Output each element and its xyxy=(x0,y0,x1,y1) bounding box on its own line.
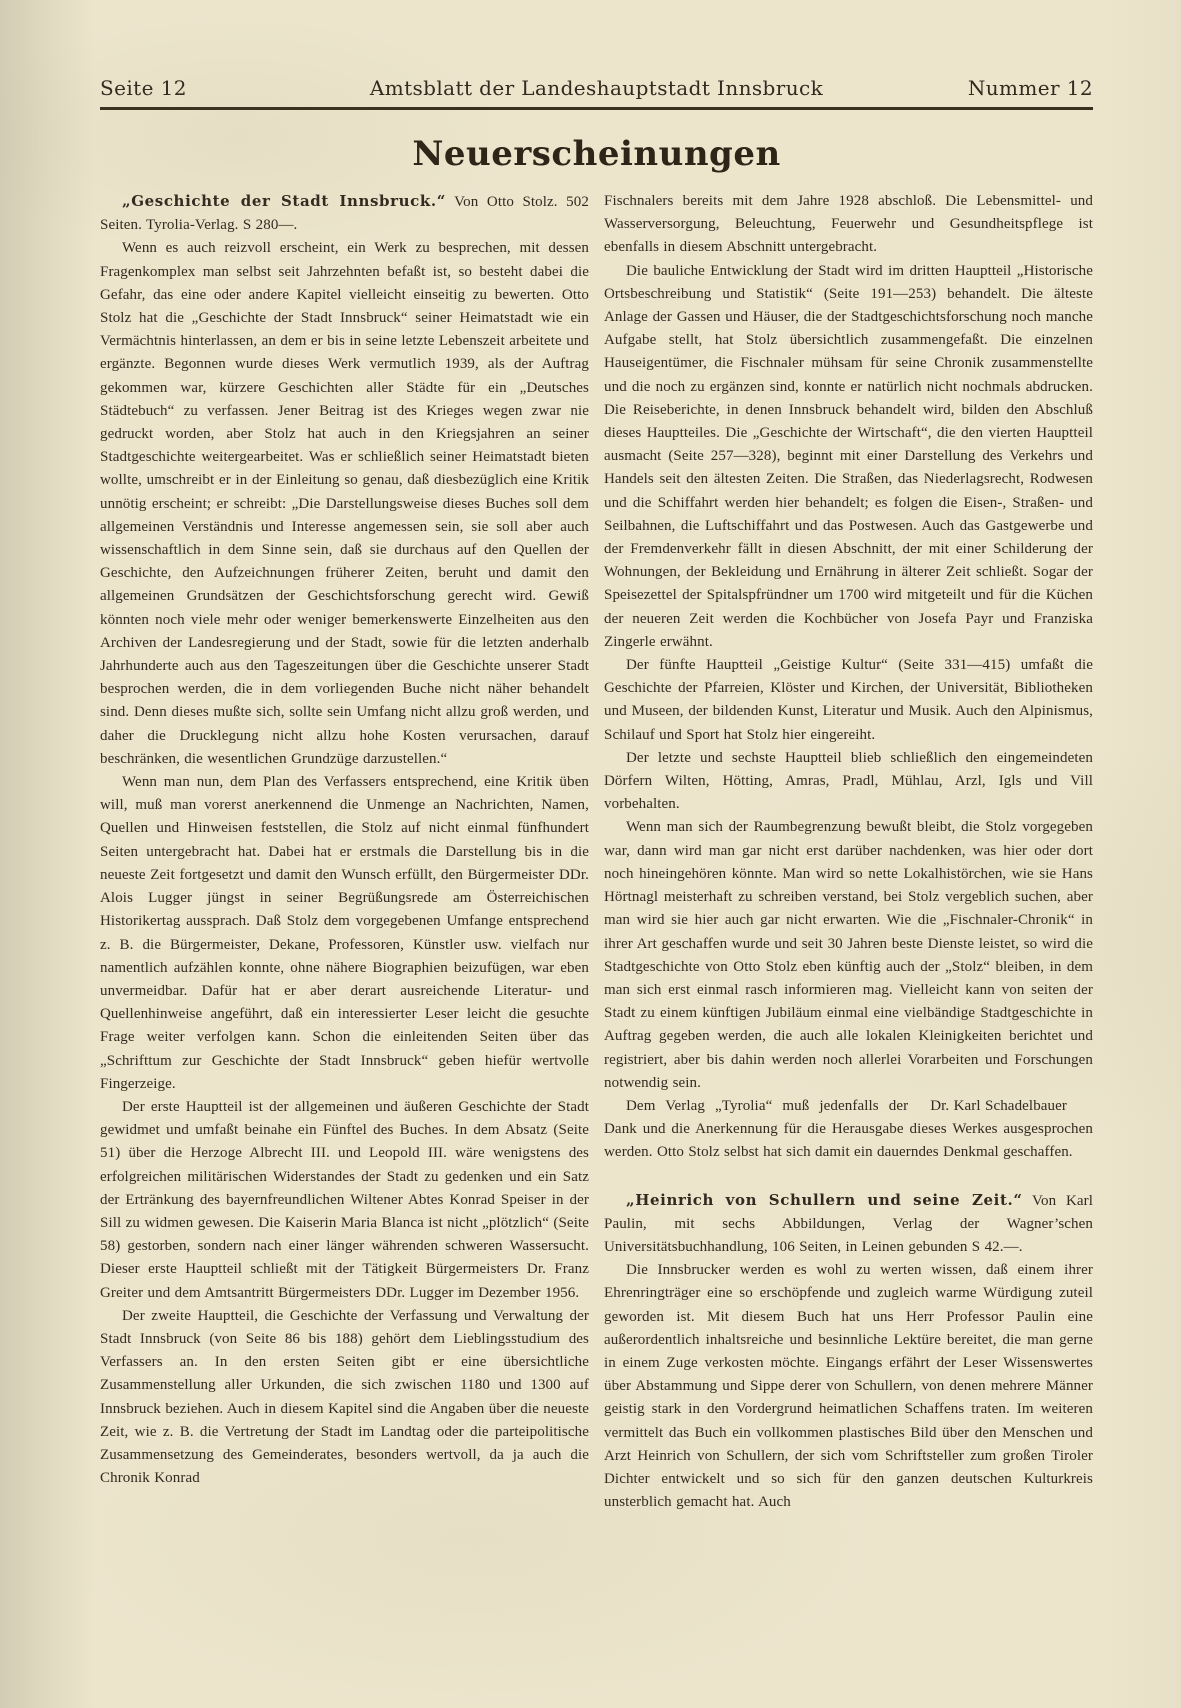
paragraph: Wenn es auch reizvoll erscheint, ein Wer… xyxy=(100,237,589,771)
paragraph: Der fünfte Hauptteil „Geistige Kultur“ (… xyxy=(604,654,1093,747)
section-title: Neuerscheinungen xyxy=(100,134,1093,174)
review-title-lead: „Geschichte der Stadt Innsbruck.“ xyxy=(122,192,446,210)
paragraph: Der zweite Hauptteil, die Geschichte der… xyxy=(100,1305,589,1491)
right-column: Fischnalers bereits mit dem Jahre 1928 a… xyxy=(604,190,1093,1514)
paragraph: Der erste Hauptteil ist der allgemeinen … xyxy=(100,1096,589,1305)
paragraph: Die Innsbrucker werden es wohl zu werten… xyxy=(604,1259,1093,1514)
paragraph: Wenn man nun, dem Plan des Verfassers en… xyxy=(100,771,589,1096)
masthead-title: Amtsblatt der Landeshauptstadt Innsbruck xyxy=(100,76,1093,100)
paragraph: Wenn man sich der Raumbegrenzung bewußt … xyxy=(604,816,1093,1094)
masthead: Seite 12 Amtsblatt der Landeshauptstadt … xyxy=(100,76,1093,100)
paragraph: Der letzte und sechste Hauptteil blieb s… xyxy=(604,747,1093,817)
paragraph: Die bauliche Entwicklung der Stadt wird … xyxy=(604,260,1093,654)
paragraph: Fischnalers bereits mit dem Jahre 1928 a… xyxy=(604,190,1093,260)
review-heading-paragraph: „Geschichte der Stadt Innsbruck.“ Von Ot… xyxy=(100,190,589,237)
document-page: Seite 12 Amtsblatt der Landeshauptstadt … xyxy=(0,0,1181,1708)
header-rule xyxy=(100,107,1093,110)
reviewer-signature: Dr. Karl Schadelbauer xyxy=(908,1095,1093,1118)
review-heading-paragraph: „Heinrich von Schullern und seine Zeit.“… xyxy=(604,1189,1093,1260)
article-columns: „Geschichte der Stadt Innsbruck.“ Von Ot… xyxy=(100,190,1093,1514)
review-title-lead: „Heinrich von Schullern und seine Zeit.“ xyxy=(626,1191,1023,1209)
paragraph: Dr. Karl SchadelbauerDem Verlag „Tyrolia… xyxy=(604,1095,1093,1165)
left-column: „Geschichte der Stadt Innsbruck.“ Von Ot… xyxy=(100,190,589,1490)
